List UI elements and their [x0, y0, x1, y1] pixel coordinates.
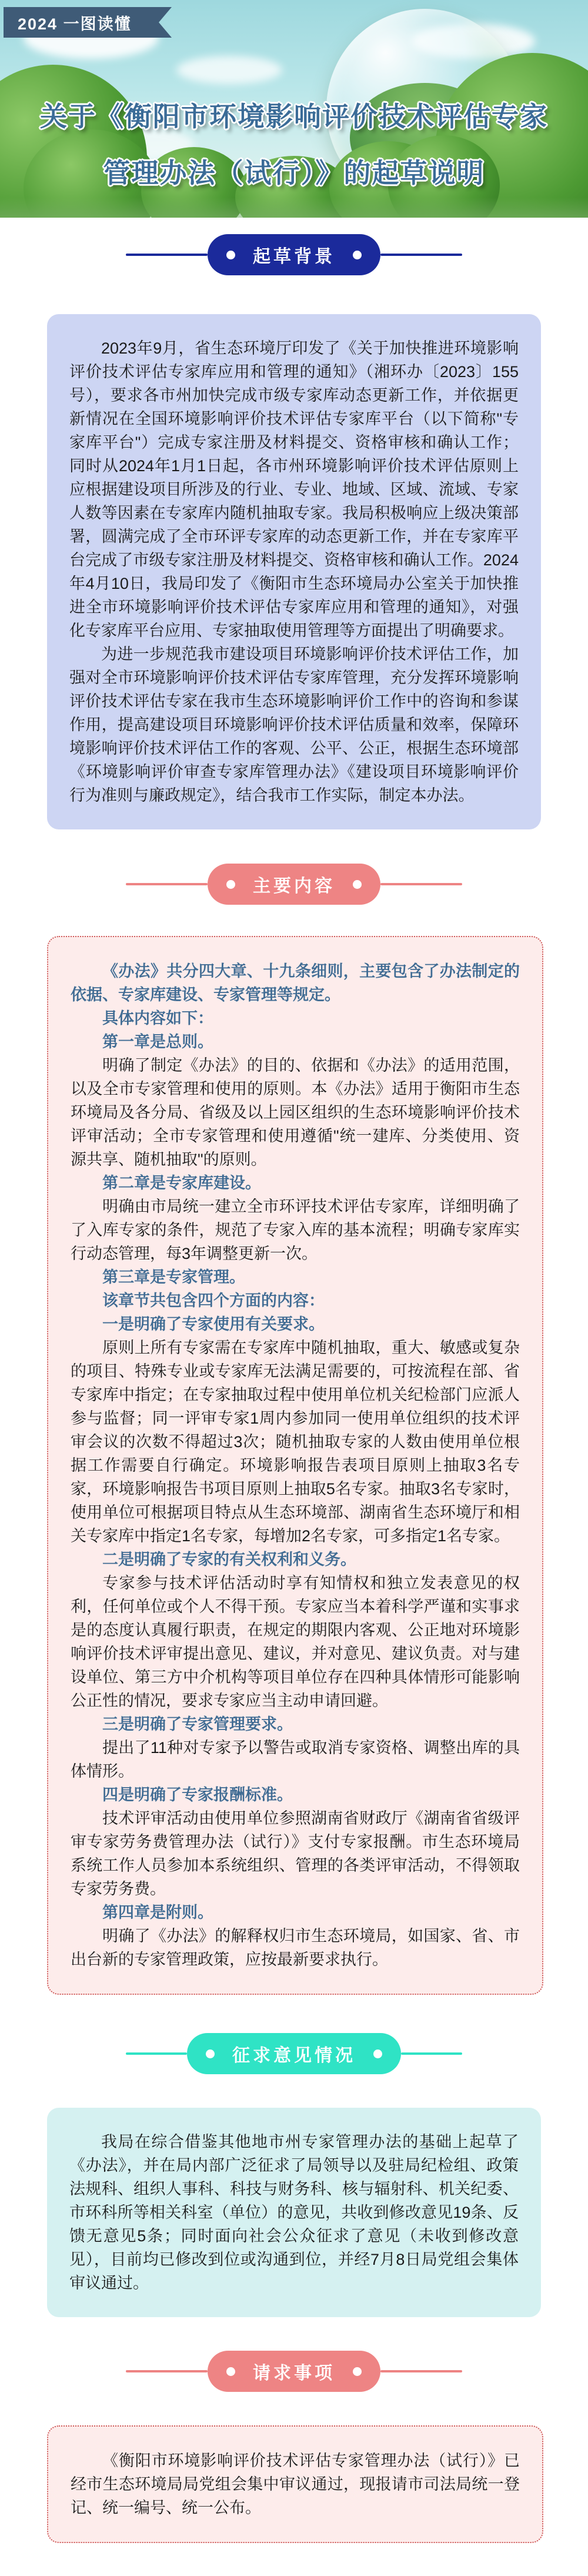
hero-image: 2024 一图读懂 关于《衡阳市环境影响评价技术评估专家 管理办法（试行）》的起… [0, 0, 588, 218]
paragraph: 《衡阳市环境影响评价技术评估专家管理办法（试行）》已经市生态环境局局党组会集中审… [71, 2449, 520, 2520]
paragraph: 原则上所有专家需在专家库中随机抽取，重大、敏感或复杂的项目、特殊专业或专家库无法… [71, 1336, 520, 1548]
section-header-request: 请求事项 [126, 2351, 462, 2392]
cloud-shape [176, 56, 282, 84]
divider-line [380, 2370, 462, 2372]
pill-dot [206, 2050, 215, 2058]
paragraph: 四是明确了专家报酬标准。 [71, 1783, 520, 1807]
pill-dot [226, 2367, 235, 2376]
paragraph: 我局在综合借鉴其他地市州专家管理办法的基础上起草了《办法》，并在局内部广泛征求了… [69, 2130, 519, 2295]
paragraph: 明确了《办法》的解释权归市生态环境局，如国家、省、市出台新的专家管理政策，应按最… [71, 1924, 520, 1971]
pill-dot [353, 2367, 362, 2376]
paragraph: 技术评审活动由使用单位参照湖南省财政厅《湖南省省级评审专家劳务费管理办法（试行）… [71, 1807, 520, 1901]
content-box-background: 2023年9月，省生态环境厅印发了《关于加快推进环境影响评价技术评估专家库应用和… [47, 314, 541, 829]
section-pill: 主要内容 [208, 864, 380, 905]
paragraph: 为进一步规范我市建设项目环境影响评价技术评估工作，加强对全市环境影响评价技术评估… [69, 642, 519, 807]
page-title-line2: 管理办法（试行）》的起草说明 [0, 145, 588, 201]
section-pill: 征求意见情况 [187, 2033, 401, 2074]
content-box-consult: 我局在综合借鉴其他地市州专家管理办法的基础上起草了《办法》，并在局内部广泛征求了… [47, 2108, 541, 2317]
section-heading: 起草背景 [253, 242, 335, 268]
pill-dot [226, 880, 235, 889]
pill-dot [353, 880, 362, 889]
section-pill: 请求事项 [208, 2351, 380, 2392]
content-box-request: 《衡阳市环境影响评价技术评估专家管理办法（试行）》已经市生态环境局局党组会集中审… [47, 2425, 543, 2543]
paragraph: 三是明确了专家管理要求。 [71, 1712, 520, 1736]
paragraph: 明确由市局统一建立全市环评技术评估专家库，详细明确了了入库专家的条件，规范了专家… [71, 1195, 520, 1265]
section-header-background: 起草背景 [126, 234, 462, 275]
divider-line [126, 254, 208, 256]
paragraph: 第四章是附则。 [71, 1901, 520, 1924]
paragraph: 提出了11种对专家予以警告或取消专家资格、调整出库的具体情形。 [71, 1736, 520, 1783]
section-heading: 主要内容 [253, 871, 335, 897]
section-heading: 请求事项 [253, 2358, 335, 2384]
divider-line [401, 2052, 462, 2055]
page-bottom-spacer [0, 2543, 588, 2576]
year-badge-label: 2024 一图读懂 [18, 11, 132, 34]
content-box-main: 《办法》共分四大章、十九条细则，主要包含了办法制定的依据、专家库建设、专家管理等… [47, 936, 543, 1995]
year-badge: 2024 一图读懂 [4, 7, 172, 38]
divider-line [126, 883, 208, 885]
paragraph: 一是明确了专家使用有关要求。 [71, 1312, 520, 1336]
paragraph: 该章节共包含四个方面的内容： [71, 1289, 520, 1312]
paragraph: 具体内容如下： [71, 1007, 520, 1030]
pill-dot [373, 2050, 382, 2058]
page-title: 关于《衡阳市环境影响评价技术评估专家 管理办法（试行）》的起草说明 [0, 88, 588, 201]
divider-line [380, 883, 462, 885]
divider-line [380, 254, 462, 256]
page-title-line1: 关于《衡阳市环境影响评价技术评估专家 [0, 88, 588, 145]
paragraph: 《办法》共分四大章、十九条细则，主要包含了办法制定的依据、专家库建设、专家管理等… [71, 959, 520, 1007]
paragraph: 2023年9月，省生态环境厅印发了《关于加快推进环境影响评价技术评估专家库应用和… [69, 336, 519, 642]
section-heading: 征求意见情况 [232, 2041, 356, 2067]
section-pill: 起草背景 [208, 234, 380, 275]
divider-line [126, 2370, 208, 2372]
section-header-consult: 征求意见情况 [126, 2033, 462, 2074]
pill-dot [353, 251, 362, 259]
pill-dot [226, 251, 235, 259]
paragraph: 第三章是专家管理。 [71, 1265, 520, 1289]
paragraph: 二是明确了专家的有关权利和义务。 [71, 1548, 520, 1571]
divider-line [126, 2052, 187, 2055]
paragraph: 第二章是专家库建设。 [71, 1171, 520, 1195]
paragraph: 专家参与技术评估活动时享有知情权和独立发表意见的权利，任何单位或个人不得干预。专… [71, 1571, 520, 1712]
section-header-main: 主要内容 [126, 864, 462, 905]
paragraph: 第一章是总则。 [71, 1030, 520, 1054]
paragraph: 明确了制定《办法》的目的、依据和《办法》的适用范围，以及全市专家管理和使用的原则… [71, 1054, 520, 1171]
